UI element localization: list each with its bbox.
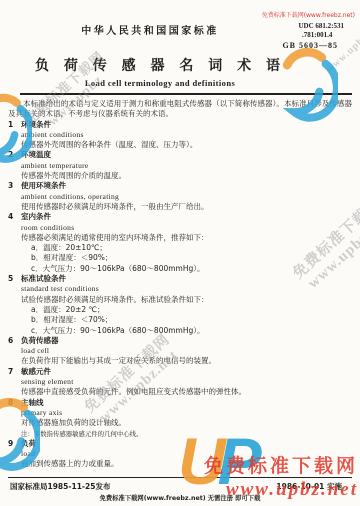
term-number: 9 [8,439,21,449]
effective-date: 1986-10-01 实施 [276,481,342,492]
term-title-en: load [8,449,352,459]
term-row: 8主轴线 primary axis 对传感器施加负荷的设计轴线。 注：多数指传感… [8,398,352,439]
term-subitem: a．温度：20±10℃； [8,243,352,253]
scanned-standard-page: 免费标准下载网(www.freebz.net) 中华人民共和国国家标准 UDC … [0,0,360,506]
term-number: 7 [8,367,21,377]
term-definition: 在负荷作用下能输出与其成一定对应关系的电信号的装置。 [8,356,352,366]
term-title-en: primary axis [8,408,352,418]
term-number: 6 [8,336,21,346]
term-number: 8 [8,398,21,408]
term-definition: 使用传感器时必须满足的环境条件，一般由生产厂给出。 [8,202,352,212]
term-title-en: standard test conditions [8,284,352,294]
term-title-en: ambient conditions [8,130,352,140]
document-title-en: Load cell terminology and definitions [0,78,320,88]
issue-date: 国家标准局1985-11-25发布 [10,481,110,492]
term-row: 3使用环境条件 ambient conditions, operating 使用… [8,181,352,212]
term-title-cn: 标准试验条件 [21,274,66,283]
term-number: 3 [8,181,21,191]
term-definition: 施加到传感器上的力或重量。 [8,459,352,469]
header-rule [20,93,352,95]
term-subitem: a．温度：20±2 ℃； [8,305,352,315]
freebz-note: 免费标准下载网(www.freebz.net) [262,10,355,19]
term-row: 5标准试验条件 standard test conditions 试验传感器时必… [8,274,352,336]
term-title-en: room conditions [8,223,352,233]
term-number: 2 [8,150,21,160]
term-title-cn: 敏感元件 [21,367,51,376]
term-title-en: ambient temperature [8,161,352,171]
term-title-cn: 主轴线 [21,398,44,407]
term-definition: 试验传感器时必须满足的环境条件。标准试验条件如下： [8,295,352,305]
term-title-cn: 环境温度 [21,150,51,159]
udc-number: UDC 681.2:531 .781:001.4 [299,22,345,39]
term-number: 5 [8,274,21,284]
standard-body-title: 中华人民共和国国家标准 [0,22,300,37]
term-title-en: ambient conditions, operating [8,192,352,202]
term-row: 9负荷 load 施加到传感器上的力或重量。 [8,439,352,470]
term-row: 7敏感元件 sensing element 传感器中直接感受负荷的元件。例如电阻… [8,367,352,398]
term-note: 注：多数指传感器敏感元件的几何中心线。 [8,429,352,439]
term-title-cn: 使用环境条件 [21,181,66,190]
term-definition: 对传感器施加负荷的设计轴线。 [8,418,352,428]
term-definition: 传感器中直接感受负荷的元件。例如电阻应变式传感器中的弹性体。 [8,387,352,397]
term-title-en: load cell [8,346,352,356]
term-subitem: c．大气压力：90～106kPa（680～800mmHg）。 [8,326,352,336]
term-subitem: b．相对湿度：＜90%； [8,253,352,263]
term-row: 2环境温度 ambient temperature 传感器外壳周围的介质的温度。 [8,150,352,181]
term-row: 4室内条件 room conditions 传感器必须满足的通常使用的室内环境条… [8,212,352,274]
term-title-cn: 负荷传感器 [21,336,59,345]
term-row: 1环境条件 ambient conditions 传感器外壳周围的各种条件（温度… [8,120,352,151]
term-subitem: b．相对湿度：＜70%； [8,315,352,325]
term-definition: 传感器外壳周围的各种条件（温度、湿度、压力等）。 [8,140,352,150]
footer-rule [8,477,352,478]
term-title-cn: 室内条件 [21,212,51,221]
term-title-en: sensing element [8,377,352,387]
term-title-cn: 环境条件 [21,120,51,129]
term-number: 4 [8,212,21,222]
term-definition: 传感器必须满足的通常使用的室内环境条件，推荐如下： [8,233,352,243]
document-title-cn: 负 荷 传 感 器 名 词 术 语 [0,55,320,75]
term-definition: 传感器外壳周围的介质的温度。 [8,171,352,181]
term-subitem: c．大气压力：90～106kPa（680～800mmHg）。 [8,264,352,274]
term-number: 1 [8,120,21,130]
term-row: 6负荷传感器 load cell 在负荷作用下能输出与其成一定对应关系的电信号的… [8,336,352,367]
intro-paragraph: 本标准给出的术语与定义适用于测力和称重电阻式传感器（以下简称传感器）。本标准只涉… [8,99,352,120]
document-body: 本标准给出的术语与定义适用于测力和称重电阻式传感器（以下简称传感器）。本标准只涉… [8,99,352,470]
download-note: 免费标准下载网(www.freebz.net) 无需注册 即可下载 [0,493,360,502]
standard-number: GB 5603—85 [282,41,338,50]
term-title-cn: 负荷 [21,439,36,448]
